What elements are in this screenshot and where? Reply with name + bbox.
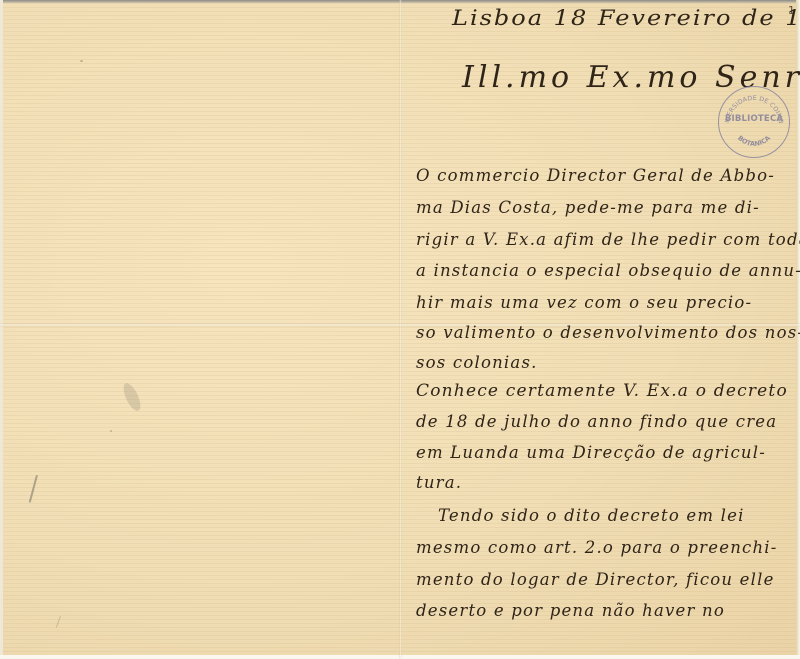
letter-line: Tendo sido o dito decreto em lei [438, 506, 745, 525]
ink-dot [80, 60, 83, 62]
letter-line: sos colonias. [416, 353, 538, 372]
pencil-stroke [29, 475, 38, 502]
left-page [0, 0, 399, 659]
library-stamp: UNIVERSIDADE DE COIMBRA BOTANICA BIBLIOT… [718, 86, 790, 158]
letter-line: em Luanda uma Direcção de agricul- [416, 443, 766, 462]
letter-line: Conhece certamente V. Ex.a o decreto [416, 381, 788, 401]
svg-text:BOTANICA: BOTANICA [736, 134, 772, 148]
letter-line: so valimento o desenvolvimento dos nos- [416, 323, 800, 342]
letter-line: a instancia o especial obsequio de annu- [416, 261, 800, 280]
letter-line: ma Dias Costa, pede-me para me di- [416, 198, 760, 217]
letter-line: O commercio Director Geral de Abbo- [416, 166, 775, 185]
ink-dot [110, 430, 112, 432]
letter-line: deserto e por pena não haver no [416, 601, 725, 620]
letter-line: mento do logar de Director, ficou elle [416, 570, 775, 589]
right-page: 1 Lisboa 18 Fevereiro de 1903 Ill.mo Ex.… [402, 0, 800, 659]
letter-line: rigir a V. Ex.a afim de lhe pedir com to… [416, 230, 800, 249]
stamp-center-text: BIBLIOTECA [719, 114, 789, 124]
letter-line: hir mais uma vez com o seu precio- [416, 293, 752, 312]
letter-scan: 1 Lisboa 18 Fevereiro de 1903 Ill.mo Ex.… [0, 0, 800, 659]
letter-line: tura. [416, 473, 462, 492]
letter-line: mesmo como art. 2.o para o preenchi- [416, 538, 778, 557]
pencil-stroke [56, 616, 61, 628]
dateline: Lisboa 18 Fevereiro de 1903 [452, 5, 800, 30]
pencil-smudge [120, 381, 144, 413]
letter-line: de 18 de julho do anno findo que crea [416, 412, 777, 431]
